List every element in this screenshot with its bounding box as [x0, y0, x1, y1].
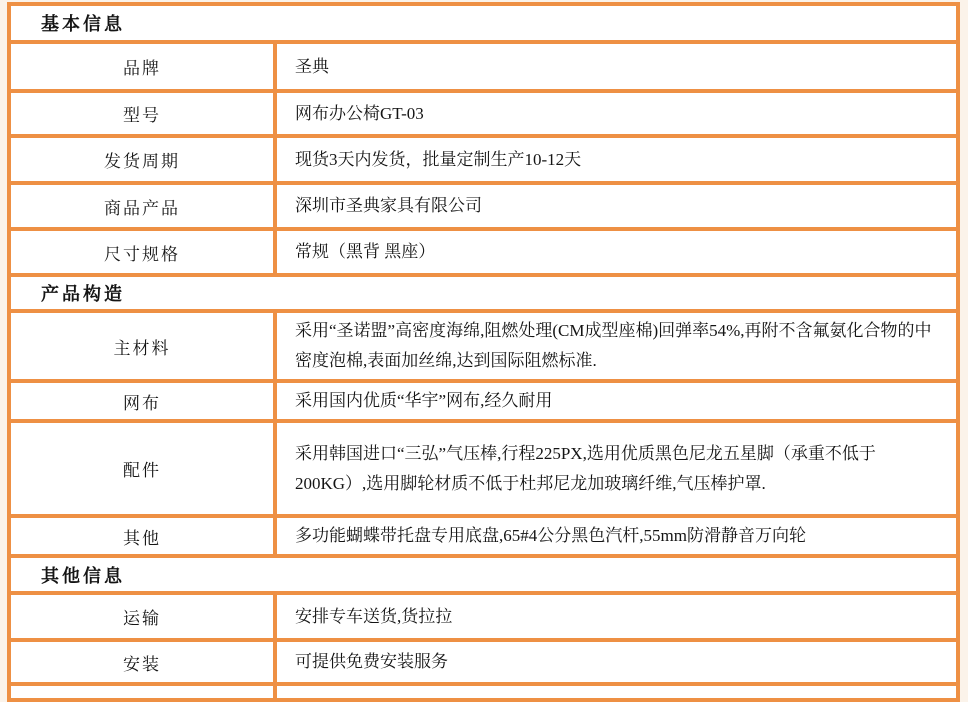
row-label: 发货周期 — [11, 138, 277, 181]
table-row-accessories: 配件 采用韩国进口“三弘”气压棒,行程225PX,选用优质黑色尼龙五星脚（承重不… — [11, 419, 956, 514]
row-label: 运输 — [11, 595, 277, 638]
section-header-product-structure: 产品构造 — [11, 273, 956, 309]
row-value: 采用韩国进口“三弘”气压棒,行程225PX,选用优质黑色尼龙五星脚（承重不低于2… — [277, 423, 956, 514]
table-row-model: 型号 网布办公椅GT-03 — [11, 89, 956, 134]
table-row-mesh: 网布 采用国内优质“华宇”网布,经久耐用 — [11, 379, 956, 419]
table-row-delivery-cycle: 发货周期 现货3天内发货，批量定制生产10-12天 — [11, 134, 956, 181]
row-value: 多功能蝴蝶带托盘专用底盘,65#4公分黑色汽杆,55mm防滑静音万向轮 — [277, 518, 956, 554]
section-title: 其他信息 — [41, 562, 125, 588]
row-label: 主材料 — [11, 313, 277, 379]
table-row-brand: 品牌 圣典 — [11, 40, 956, 89]
row-label: 其他 — [11, 518, 277, 554]
row-value: 采用“圣诺盟”高密度海绵,阻燃处理(CM成型座棉)回弹率54%,再附不含氟氨化合… — [277, 313, 956, 379]
row-value: 深圳市圣典家具有限公司 — [277, 185, 956, 227]
table-row-company: 商品产品 深圳市圣典家具有限公司 — [11, 181, 956, 227]
row-label: 网布 — [11, 383, 277, 419]
table-row-transport: 运输 安排专车送货,货拉拉 — [11, 591, 956, 638]
row-label: 型号 — [11, 93, 277, 134]
row-value: 可提供免费安装服务 — [277, 642, 956, 678]
table-row-size-spec: 尺寸规格 常规（黑背 黑座） — [11, 227, 956, 273]
row-label: 品牌 — [11, 44, 277, 89]
row-value: 圣典 — [277, 44, 956, 89]
section-title: 产品构造 — [41, 280, 125, 306]
row-label: 商品产品 — [11, 185, 277, 227]
row-value: 采用国内优质“华宇”网布,经久耐用 — [277, 383, 956, 419]
row-value: 常规（黑背 黑座） — [277, 231, 956, 273]
table-row-installation: 安装 可提供免费安装服务 — [11, 638, 956, 678]
table-row-other-parts: 其他 多功能蝴蝶带托盘专用底盘,65#4公分黑色汽杆,55mm防滑静音万向轮 — [11, 514, 956, 554]
row-label: 安装 — [11, 642, 277, 678]
table-row-main-material: 主材料 采用“圣诺盟”高密度海绵,阻燃处理(CM成型座棉)回弹率54%,再附不含… — [11, 309, 956, 379]
product-spec-table: 基本信息 品牌 圣典 型号 网布办公椅GT-03 发货周期 现货3天内发货，批量… — [7, 2, 960, 678]
row-value: 安排专车送货,货拉拉 — [277, 595, 956, 638]
section-header-basic-info: 基本信息 — [11, 6, 956, 40]
row-label: 尺寸规格 — [11, 231, 277, 273]
row-value: 现货3天内发货，批量定制生产10-12天 — [277, 138, 956, 181]
row-value: 网布办公椅GT-03 — [277, 93, 956, 134]
section-header-other-info: 其他信息 — [11, 554, 956, 591]
row-label: 配件 — [11, 423, 277, 514]
section-title: 基本信息 — [41, 10, 125, 36]
